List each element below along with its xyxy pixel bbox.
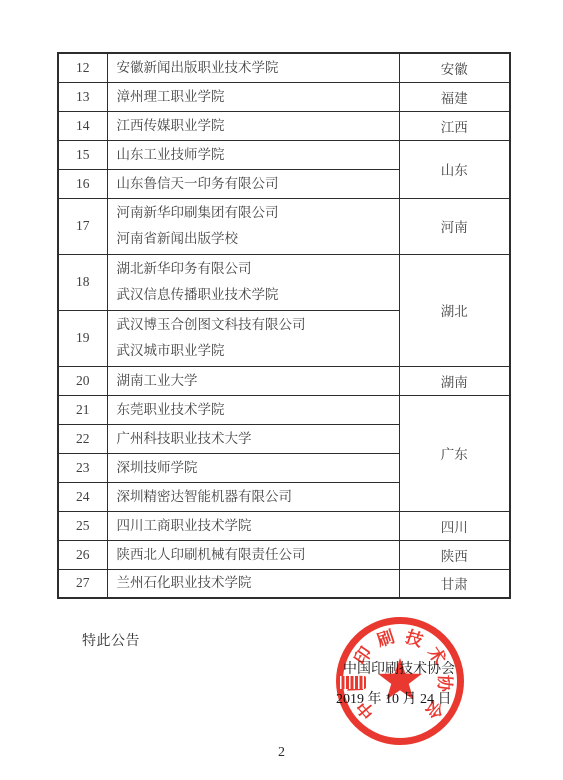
institution-table: 12安徽新闻出版职业技术学院安徽13漳州理工职业学院福建14江西传媒职业学院江西… — [57, 52, 511, 599]
institution-name: 深圳技师学院 — [117, 455, 399, 481]
table-row: 18湖北新华印务有限公司武汉信息传播职业技术学院湖北 — [58, 254, 510, 310]
row-number-cell: 13 — [58, 82, 107, 111]
closing-phrase: 特此公告 — [82, 630, 140, 650]
institution-name-cell: 广州科技职业技术大学 — [107, 424, 399, 453]
row-number-cell: 27 — [58, 569, 107, 598]
table-row: 26陕西北人印刷机械有限责任公司陕西 — [58, 540, 510, 569]
institution-name: 四川工商职业技术学院 — [117, 513, 399, 539]
row-number-cell: 16 — [58, 169, 107, 198]
stamp-ring-char: 术 — [425, 641, 453, 669]
table-row: 27兰州石化职业技术学院甘肃 — [58, 569, 510, 598]
institution-name: 河南省新闻出版学校 — [117, 226, 399, 252]
stamp-ring-char: 中 — [350, 697, 378, 725]
row-number-cell: 22 — [58, 424, 107, 453]
institution-name-cell: 东莞职业技术学院 — [107, 395, 399, 424]
institution-name-cell: 山东鲁信天一印务有限公司 — [107, 169, 399, 198]
institution-name-cell: 安徽新闻出版职业技术学院 — [107, 53, 399, 82]
table-row: 14江西传媒职业学院江西 — [58, 111, 510, 140]
row-number-cell: 15 — [58, 140, 107, 169]
official-seal-stamp: 中国印刷技术协会 — [336, 617, 464, 745]
stamp-code-block — [337, 676, 366, 689]
institution-name: 湖南工业大学 — [117, 368, 399, 394]
institution-name-cell: 江西传媒职业学院 — [107, 111, 399, 140]
institution-name-cell: 湖北新华印务有限公司武汉信息传播职业技术学院 — [107, 254, 399, 310]
row-number-cell: 12 — [58, 53, 107, 82]
institution-name-cell: 陕西北人印刷机械有限责任公司 — [107, 540, 399, 569]
row-number-cell: 14 — [58, 111, 107, 140]
row-number-cell: 18 — [58, 254, 107, 310]
institution-name: 山东鲁信天一印务有限公司 — [117, 171, 399, 197]
stamp-ring-char: 协 — [436, 673, 457, 694]
institution-name: 江西传媒职业学院 — [117, 113, 399, 139]
row-number-cell: 26 — [58, 540, 107, 569]
institution-name-cell: 兰州石化职业技术学院 — [107, 569, 399, 598]
stamp-ring-char: 会 — [422, 697, 450, 725]
province-cell: 四川 — [399, 511, 510, 540]
table-row: 20湖南工业大学湖南 — [58, 366, 510, 395]
institution-name-cell: 山东工业技师学院 — [107, 140, 399, 169]
row-number-cell: 25 — [58, 511, 107, 540]
institution-name: 广州科技职业技术大学 — [117, 426, 399, 452]
table-row: 13漳州理工职业学院福建 — [58, 82, 510, 111]
stamp-ring-char: 刷 — [372, 624, 397, 649]
row-number-cell: 19 — [58, 310, 107, 366]
institution-name: 山东工业技师学院 — [117, 142, 399, 168]
province-cell: 山东 — [399, 140, 510, 198]
institution-name: 安徽新闻出版职业技术学院 — [117, 55, 399, 81]
province-cell: 安徽 — [399, 53, 510, 82]
row-number-cell: 21 — [58, 395, 107, 424]
table-row: 15山东工业技师学院山东 — [58, 140, 510, 169]
page-number: 2 — [0, 745, 563, 761]
institution-name: 武汉信息传播职业技术学院 — [117, 282, 399, 308]
institution-name: 兰州石化职业技术学院 — [117, 570, 399, 596]
table-body: 12安徽新闻出版职业技术学院安徽13漳州理工职业学院福建14江西传媒职业学院江西… — [58, 53, 510, 598]
table-row: 12安徽新闻出版职业技术学院安徽 — [58, 53, 510, 82]
province-cell: 广东 — [399, 395, 510, 511]
institution-name: 武汉博玉合创图文科技有限公司 — [117, 312, 399, 338]
table-row: 21东莞职业技术学院广东 — [58, 395, 510, 424]
institution-name-cell: 河南新华印刷集团有限公司河南省新闻出版学校 — [107, 198, 399, 254]
table-row: 25四川工商职业技术学院四川 — [58, 511, 510, 540]
province-cell: 江西 — [399, 111, 510, 140]
institution-name-cell: 深圳精密达智能机器有限公司 — [107, 482, 399, 511]
row-number-cell: 23 — [58, 453, 107, 482]
province-cell: 河南 — [399, 198, 510, 254]
institution-name: 河南新华印刷集团有限公司 — [117, 200, 399, 226]
institution-name: 陕西北人印刷机械有限责任公司 — [117, 542, 399, 568]
row-number-cell: 24 — [58, 482, 107, 511]
province-cell: 湖北 — [399, 254, 510, 366]
province-cell: 福建 — [399, 82, 510, 111]
institution-name-cell: 漳州理工职业学院 — [107, 82, 399, 111]
institution-name: 深圳精密达智能机器有限公司 — [117, 484, 399, 510]
institution-name: 湖北新华印务有限公司 — [117, 256, 399, 282]
institution-name: 漳州理工职业学院 — [117, 84, 399, 110]
institution-name-cell: 深圳技师学院 — [107, 453, 399, 482]
institution-name-cell: 湖南工业大学 — [107, 366, 399, 395]
province-cell: 湖南 — [399, 366, 510, 395]
stamp-ring-char: 印 — [347, 641, 375, 669]
row-number-cell: 20 — [58, 366, 107, 395]
document-page: 12安徽新闻出版职业技术学院安徽13漳州理工职业学院福建14江西传媒职业学院江西… — [0, 0, 563, 780]
institution-name-cell: 四川工商职业技术学院 — [107, 511, 399, 540]
institution-name-cell: 武汉博玉合创图文科技有限公司武汉城市职业学院 — [107, 310, 399, 366]
stamp-ring-char: 技 — [402, 624, 427, 649]
row-number-cell: 17 — [58, 198, 107, 254]
province-cell: 甘肃 — [399, 569, 510, 598]
institution-name: 东莞职业技术学院 — [117, 397, 399, 423]
institution-name: 武汉城市职业学院 — [117, 338, 399, 364]
province-cell: 陕西 — [399, 540, 510, 569]
table-row: 17河南新华印刷集团有限公司河南省新闻出版学校河南 — [58, 198, 510, 254]
